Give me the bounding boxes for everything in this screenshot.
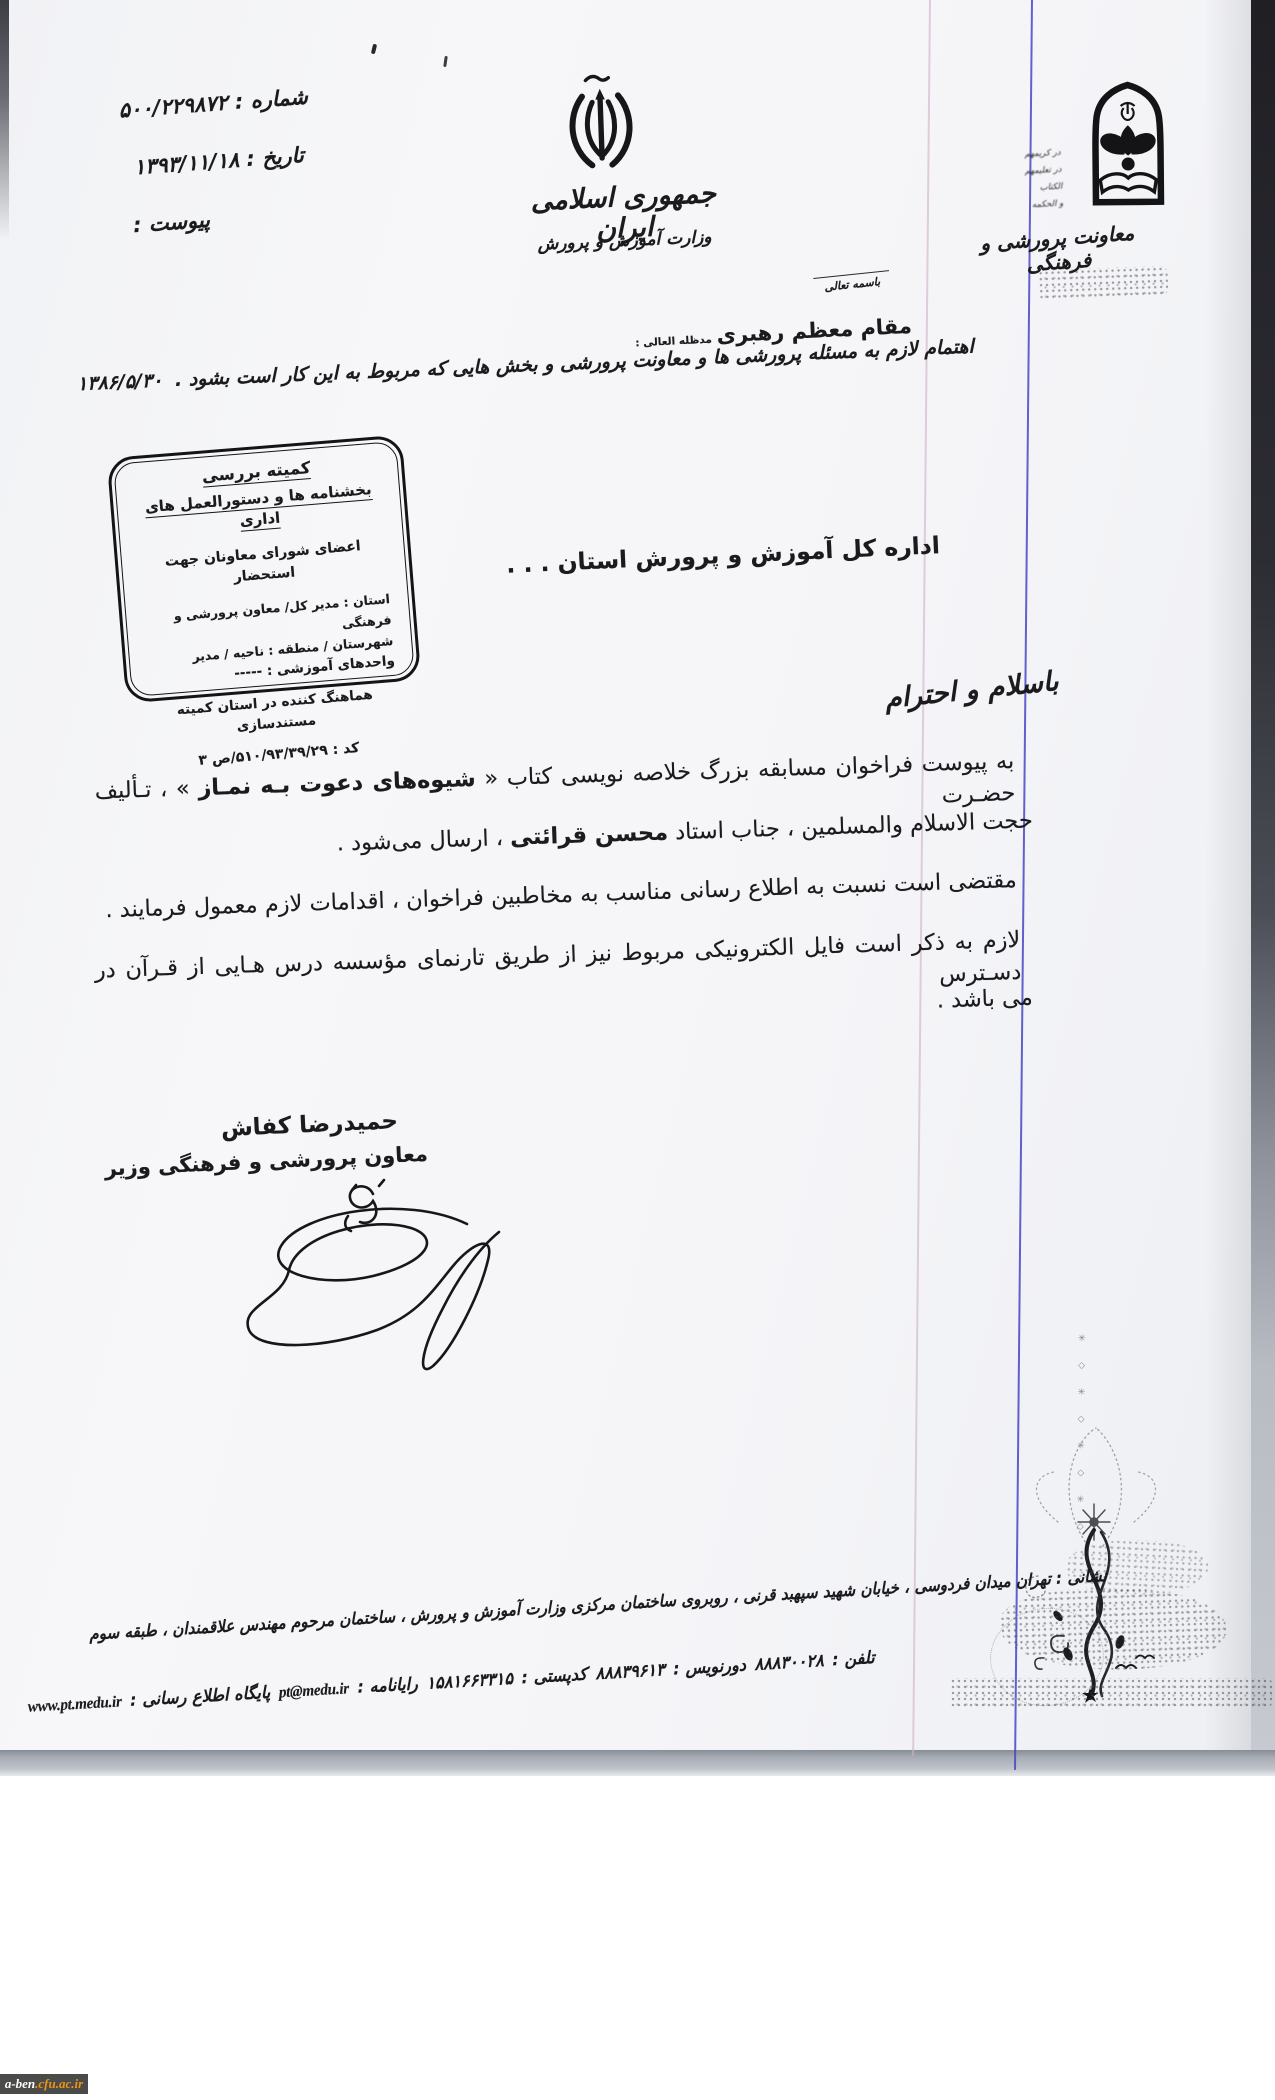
footer-contacts: تلفن : ۸۸۸۳۰۰۲۸ دورنویس : ۸۸۸۳۹۶۱۳ کدپست…	[187, 1648, 875, 1708]
body-2-end: ، ارسال می‌شود .	[336, 825, 510, 857]
site-watermark: a-ben .cfu.ac.ir	[0, 2074, 88, 2094]
author-name: محسن قرائتی	[510, 820, 669, 851]
date-label: تاریخ :	[246, 143, 305, 171]
fax-label: دورنویس :	[673, 1655, 747, 1679]
deputy-logo-icon	[1085, 80, 1170, 217]
signer-name: حمیدرضا کفاش	[222, 1108, 399, 1142]
margin-handwriting: در کریمهم در تعلیمهم الکتاب و الحکمه	[1010, 145, 1063, 216]
ink-speck	[371, 44, 377, 55]
email-label: رایانامه :	[357, 1674, 419, 1697]
number-value: ۵۰۰/۲۲۹۸۷۲	[118, 91, 229, 123]
ink-speck	[443, 56, 448, 67]
number-label: شماره :	[234, 85, 309, 114]
committee-stamp: کمیته بررسی بخشنامه ها و دستورالعمل های …	[107, 435, 422, 704]
halftone-texture	[950, 1678, 1272, 1708]
watermark-part1: a-ben	[5, 2074, 35, 2094]
leader-quote-text: اهتمام لازم به مسئله پرورشی ها و معاونت …	[174, 336, 974, 391]
phone-label: تلفن :	[832, 1648, 875, 1670]
letter-date-field: تاریخ : ۱۳۹۳/۱۱/۱۸	[109, 143, 304, 181]
book-title: شیوه‌های دعوت بـه نمـاز	[198, 766, 476, 801]
web-label: پایگاه اطلاع رسانی :	[130, 1683, 271, 1711]
letter-attachment-field: پیوست :	[119, 208, 211, 239]
postal-label: کدپستی :	[521, 1665, 588, 1689]
leader-quote-date: ۱۳۸۶/۵/۳۰	[77, 369, 169, 395]
margin-note: و الحکمه	[1013, 196, 1064, 216]
postal-value: ۱۵۸۱۶۶۳۳۱۵	[426, 1669, 514, 1694]
phone-value: ۸۸۸۳۰۰۲۸	[754, 1651, 824, 1675]
body-1-start: به پیوست فراخوان مسابقه بزرگ خلاصه نویسی…	[475, 748, 1014, 792]
letter-content: شماره : ۵۰۰/۲۲۹۸۷۲ تاریخ : ۱۳۹۳/۱۱/۱۸ پی…	[0, 0, 1275, 2100]
footer-address: نشانی : تهران میدان فردوسی ، خیابان شهید…	[199, 1566, 1108, 1637]
iran-national-emblem-icon	[554, 68, 648, 183]
leader-quote-line: اهتمام لازم به مسئله پرورشی ها و معاونت …	[92, 336, 974, 395]
recipient-line: اداره کل آموزش و پرورش استان . . .	[548, 531, 941, 577]
besmellah-note: باسمه تعالی	[813, 270, 890, 295]
attachment-label: پیوست :	[132, 208, 211, 238]
date-value: ۱۳۹۳/۱۱/۱۸	[133, 148, 240, 180]
letter-number-field: شماره : ۵۰۰/۲۲۹۸۷۲	[105, 85, 308, 124]
email-value: pt@medu.ir	[278, 1680, 349, 1702]
stamp-audience: اعضای شورای معاونان جهت استحضار	[133, 534, 394, 597]
handwritten-signature	[205, 1172, 505, 1372]
halftone-patch	[1038, 266, 1169, 301]
stamp-coordinator: هماهنگ کننده در استان کمیته مستندسازی	[145, 682, 406, 745]
fax-value: ۸۸۸۳۹۶۱۳	[595, 1660, 665, 1684]
watermark-part2: .cfu.ac.ir	[35, 2074, 83, 2094]
web-value: www.pt.medu.ir	[27, 1693, 122, 1716]
body-line-3: مقتضی است نسبت به اطلاع رسانی مناسب به م…	[95, 863, 1034, 926]
